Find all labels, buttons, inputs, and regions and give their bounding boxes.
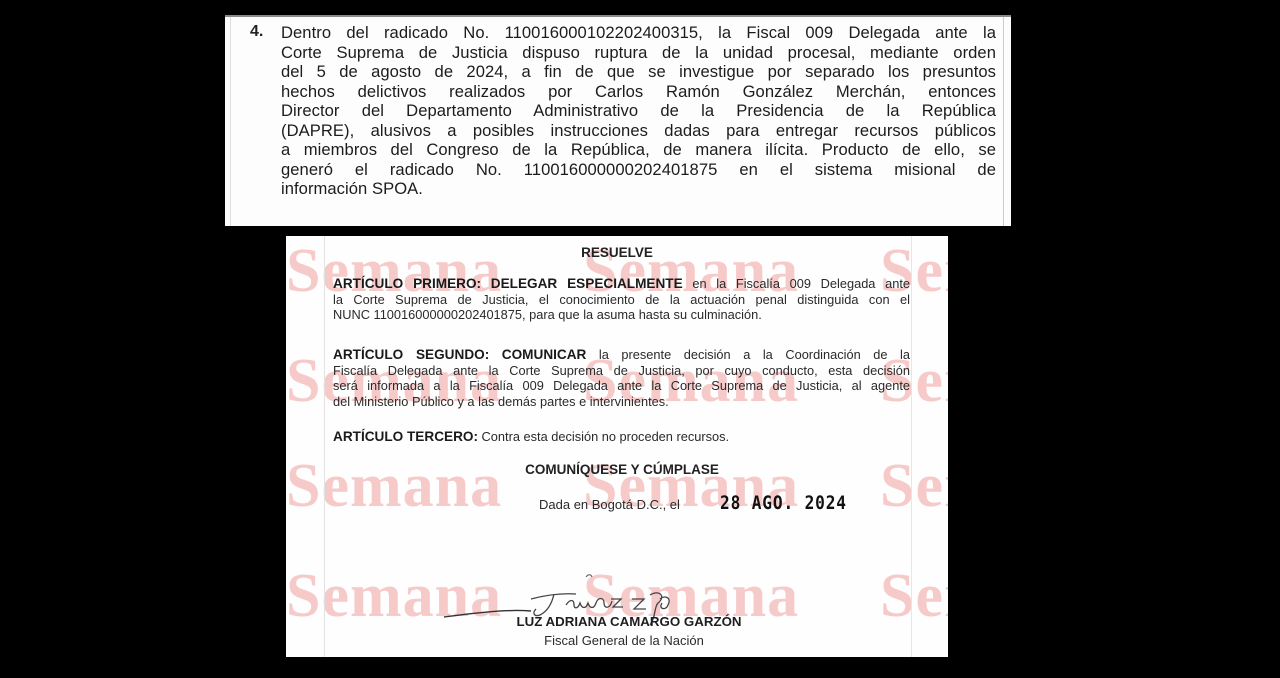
paragraph-line: hechos delictivos realizados por Carlos … xyxy=(281,82,996,102)
paragraph-line: Dentro del radicado No. 1100160001022024… xyxy=(281,23,996,43)
article-text: del Ministerio Público y a las demás par… xyxy=(333,394,910,410)
signer-name: LUZ ADRIANA CAMARGO GARZÓN xyxy=(286,614,948,629)
article-text: Contra esta decisión no proceden recurso… xyxy=(478,429,729,444)
paragraph-line: (DAPRE), alusivos a posibles instruccion… xyxy=(281,121,996,141)
article-text: será informada a la Fiscalía 009 Delegad… xyxy=(333,378,910,394)
paragraph-line: Corte Suprema de Justicia dispuso ruptur… xyxy=(281,43,996,63)
item-number: 4. xyxy=(250,23,263,41)
article-segundo: ARTÍCULO SEGUNDO: COMUNICAR la presente … xyxy=(333,347,910,409)
resuelve-heading: RESUELVE xyxy=(286,245,948,260)
date-stamp: 28 AGO. 2024 xyxy=(720,492,847,514)
article-text: la presente decisión a la Coordinación d… xyxy=(586,347,910,362)
top-document-excerpt: 4. Dentro del radicado No. 1100160001022… xyxy=(225,15,1011,226)
scan-edge-line xyxy=(1003,17,1004,226)
item-paragraph: Dentro del radicado No. 1100160001022024… xyxy=(281,23,996,199)
article-text: en la Fiscalía 009 Delegada ante xyxy=(683,276,910,291)
signer-title: Fiscal General de la Nación xyxy=(286,633,948,648)
closing-formula: COMUNÍQUESE Y CÚMPLASE xyxy=(286,462,948,477)
paragraph-line: Director del Departamento Administrativo… xyxy=(281,101,996,121)
article-primero: ARTÍCULO PRIMERO: DELEGAR ESPECIALMENTE … xyxy=(333,276,910,323)
paragraph-line: a miembros del Congreso de la República,… xyxy=(281,140,996,160)
article-label: ARTÍCULO TERCERO: xyxy=(333,429,478,444)
paragraph-line: del 5 de agosto de 2024, a fin de que se… xyxy=(281,62,996,82)
article-label: ARTÍCULO PRIMERO: xyxy=(333,276,481,291)
article-action: COMUNICAR xyxy=(502,347,587,362)
article-action: DELEGAR ESPECIALMENTE xyxy=(491,276,683,291)
article-text: Fiscalía Delegada ante la Corte Suprema … xyxy=(333,363,910,379)
article-tercero: ARTÍCULO TERCERO: Contra esta decisión n… xyxy=(333,429,910,445)
resolution-document: SemanaSemanaSemanaSemanaSemanaSemanaSema… xyxy=(286,236,948,657)
article-text: la Corte Suprema de Justicia, el conocim… xyxy=(333,292,910,308)
article-text: NUNC 110016000000202401875, para que la … xyxy=(333,307,910,323)
article-label: ARTÍCULO SEGUNDO: xyxy=(333,347,489,362)
paragraph-line: información SPOA. xyxy=(281,179,996,199)
paragraph-line: generó el radicado No. 11001600000020240… xyxy=(281,160,996,180)
scan-margin-line xyxy=(230,17,231,226)
issued-place-text: Dada en Bogotá D.C., el xyxy=(539,497,680,512)
